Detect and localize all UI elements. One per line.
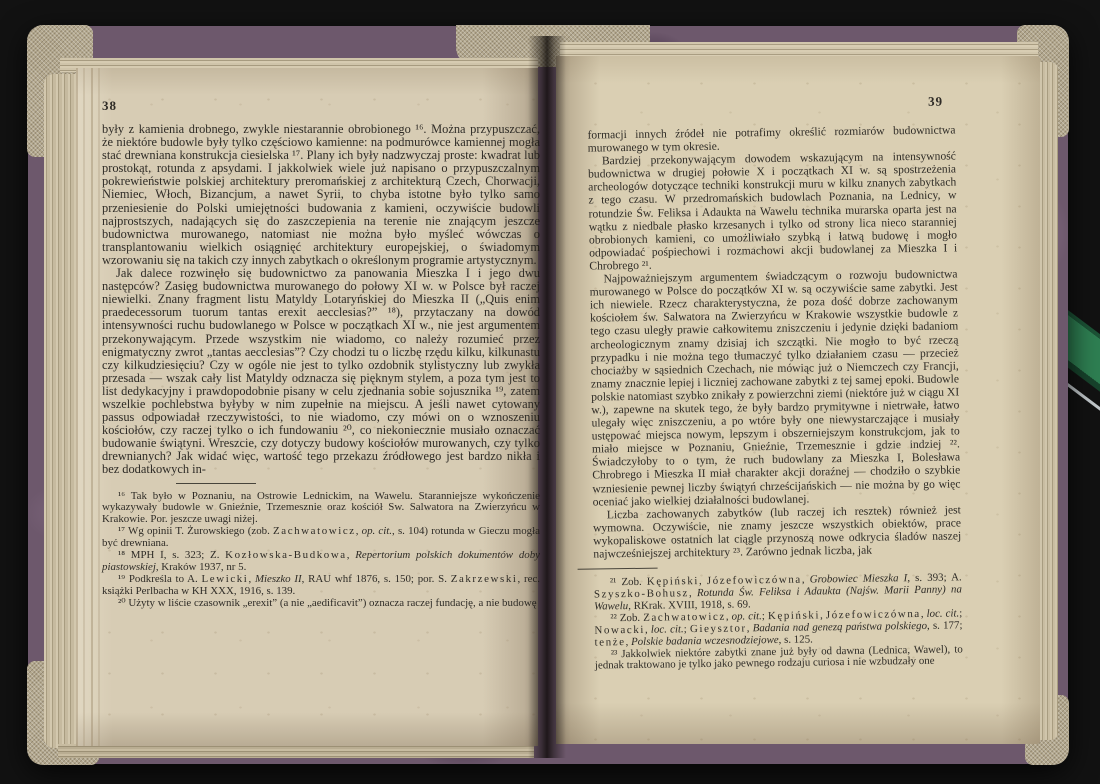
- footnote-20: ²⁰ Użyty w liście czasownik „erexit” (a …: [102, 598, 540, 610]
- footnote-16: ¹⁶ Tak było w Poznaniu, na Ostrowie Ledn…: [102, 491, 540, 527]
- footnote-rule-right: [578, 568, 658, 570]
- footnote-23: ²³ Jakkolwiek niektóre zabytki znane już…: [595, 644, 963, 673]
- page-edges-bottom-left: [58, 744, 534, 758]
- book-photo: 38 były z kamienia drobnego, zwykle nies…: [0, 0, 1100, 784]
- paragraph: Jak dalece rozwinęło się budownictwo za …: [102, 267, 540, 477]
- page-left: 38 były z kamienia drobnego, zwykle nies…: [76, 68, 538, 746]
- page-left-body-text: były z kamienia drobnego, zwykle niestar…: [102, 123, 540, 477]
- footnote-17: ¹⁷ Wg opinii T. Żurowskiego (zob. Zachwa…: [102, 526, 540, 550]
- page-left-content: 38 były z kamienia drobnego, zwykle nies…: [102, 98, 540, 610]
- strap-cord: [1065, 382, 1100, 469]
- paragraph: Bardziej przekonywającym dowodem wskazuj…: [588, 150, 958, 273]
- paragraph-continuation: były z kamienia drobnego, zwykle niestar…: [102, 123, 540, 267]
- footnotes-right: ²¹ Zob. Kępiński, Józefowiczówna, Grobow…: [594, 572, 963, 672]
- page-edges-right: [1040, 62, 1058, 740]
- footnote-18: ¹⁸ MPH I, s. 323; Z. Kozłowska-Budkowa, …: [102, 550, 540, 574]
- footnote-19: ¹⁹ Podkreśla to A. Lewicki, Mieszko II, …: [102, 574, 540, 598]
- page-number-right: 39: [587, 93, 955, 114]
- page-edges-left: [44, 74, 78, 748]
- page-right-content: 39 formacji innych źródeł nie potrafimy …: [587, 93, 963, 672]
- paragraph: Najpoważniejszym argumentem świadczącym …: [589, 267, 960, 508]
- page-right: 39 formacji innych źródeł nie potrafimy …: [556, 56, 1040, 744]
- page-right-body-text: formacji innych źródeł nie potrafimy okr…: [587, 123, 961, 560]
- footnote-rule-left: [176, 483, 256, 484]
- footnotes-left: ¹⁶ Tak było w Poznaniu, na Ostrowie Ledn…: [102, 491, 540, 610]
- page-number-left: 38: [102, 98, 540, 114]
- paragraph: Liczba zachowanych zabytków (lub raczej …: [593, 503, 962, 561]
